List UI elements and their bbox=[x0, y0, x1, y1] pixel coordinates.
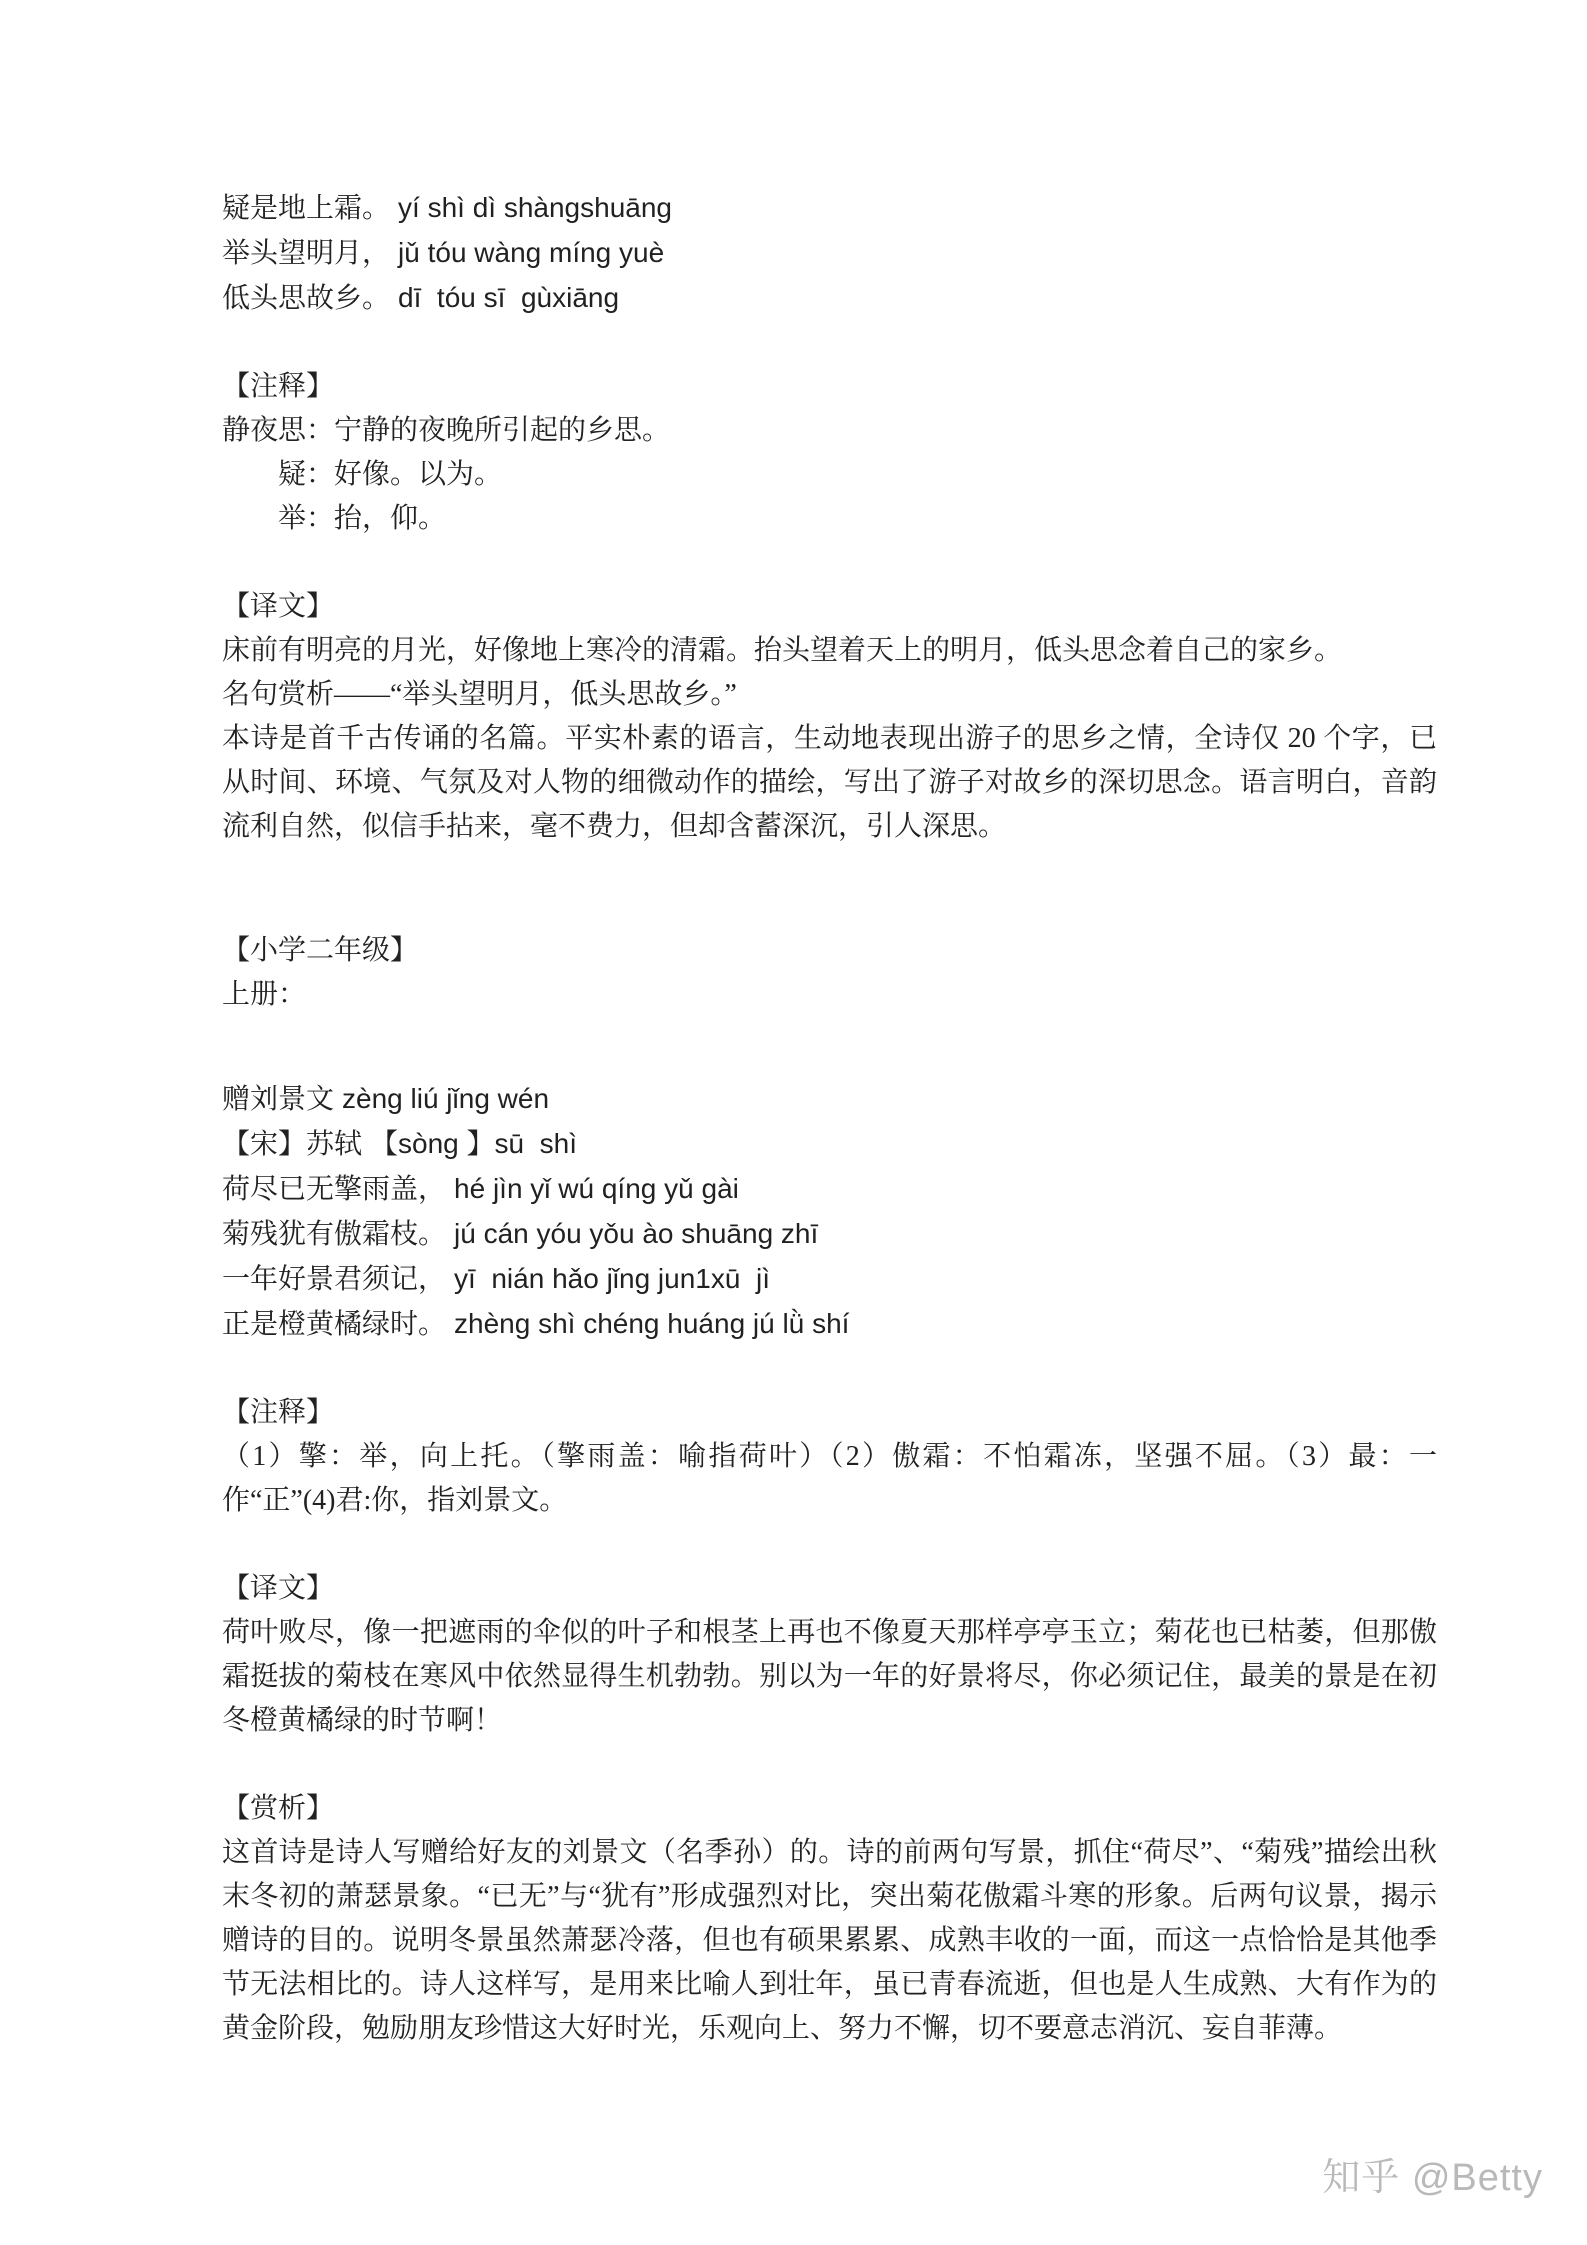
document-content: 疑是地上霜。yí shì dì shàngshuāng 举头望明月，jǔ tóu… bbox=[0, 0, 1587, 2051]
poem-line-pinyin: hé jìn yǐ wú qíng yǔ gài bbox=[454, 1173, 739, 1204]
poem-line: 荷尽已无擎雨盖，hé jìn yǐ wú qíng yǔ gài bbox=[222, 1167, 1437, 1212]
poem-title: 赠刘景文zèng liú jǐng wén bbox=[222, 1077, 1437, 1122]
poem-line-pinyin: yí shì dì shàngshuāng bbox=[398, 192, 672, 223]
grade-header: 【小学二年级】 bbox=[222, 929, 1437, 973]
poem-line: 菊残犹有傲霜枝。jú cán yóu yǒu ào shuāng zhī bbox=[222, 1212, 1437, 1257]
poem-line-pinyin: jú cán yóu yǒu ào shuāng zhī bbox=[454, 1218, 818, 1249]
annotation-line: 静夜思：宁静的夜晚所引起的乡思。 bbox=[222, 409, 1437, 453]
analysis-section: 【赏析】 这首诗是诗人写赠给好友的刘景文（名季孙）的。诗的前两句写景，抓住“荷尽… bbox=[222, 1787, 1437, 2051]
document-page: { "page": { "background": "#ffffff", "te… bbox=[0, 0, 1587, 2245]
poem-line: 举头望明月，jǔ tóu wàng míng yuè bbox=[222, 231, 1437, 276]
translation-paragraph: 荷叶败尽，像一把遮雨的伞似的叶子和根茎上再也不像夏天那样亭亭玉立；菊花也已枯萎，… bbox=[222, 1611, 1437, 1743]
poem-author: 【宋】苏轼【sòng 】sū shì bbox=[222, 1122, 1437, 1167]
poem2-section: 赠刘景文zèng liú jǐng wén 【宋】苏轼【sòng 】sū shì… bbox=[222, 1077, 1437, 1347]
poem-line-hanzi: 菊残犹有傲霜枝。 bbox=[222, 1219, 446, 1250]
poem-line: 一年好景君须记，yī nián hǎo jǐng jun1xū jì bbox=[222, 1257, 1437, 1302]
poem-line-hanzi: 一年好景君须记， bbox=[222, 1264, 446, 1295]
poem-line-pinyin: dī tóu sī gùxiāng bbox=[398, 282, 619, 313]
poem-title-hanzi: 赠刘景文 bbox=[222, 1084, 334, 1115]
volume-label: 上册： bbox=[222, 973, 1437, 1017]
poem-line-hanzi: 举头望明月， bbox=[222, 238, 390, 269]
poem-line-hanzi: 正是橙黄橘绿时。 bbox=[222, 1309, 446, 1340]
translation-paragraph: 本诗是首千古传诵的名篇。平实朴素的语言，生动地表现出游子的思乡之情，全诗仅 20… bbox=[222, 717, 1437, 849]
poem-line-pinyin: zhèng shì chéng huáng jú lǜ shí bbox=[454, 1308, 849, 1339]
annotation-paragraph: （1）擎：举，向上托。（擎雨盖：喻指荷叶）（2）傲霜：不怕霜冻，坚强不屈。（3）… bbox=[222, 1435, 1437, 1523]
annotation-header: 【注释】 bbox=[222, 365, 1437, 409]
annotation-header: 【注释】 bbox=[222, 1391, 1437, 1435]
translation-paragraph: 名句赏析——“举头望明月，低头思故乡。” bbox=[222, 673, 1437, 717]
poem-line: 疑是地上霜。yí shì dì shàngshuāng bbox=[222, 186, 1437, 231]
poem-title-pinyin: zèng liú jǐng wén bbox=[342, 1083, 549, 1114]
analysis-paragraph: 这首诗是诗人写赠给好友的刘景文（名季孙）的。诗的前两句写景，抓住“荷尽”、“菊残… bbox=[222, 1831, 1437, 2051]
zhihu-watermark: 知乎 @Betty bbox=[1322, 2159, 1543, 2197]
analysis-header: 【赏析】 bbox=[222, 1787, 1437, 1831]
annotation1-section: 【注释】 静夜思：宁静的夜晚所引起的乡思。 疑：好像。以为。 举：抬，仰。 bbox=[222, 365, 1437, 541]
poem-line: 低头思故乡。dī tóu sī gùxiāng bbox=[222, 276, 1437, 321]
poem-line-pinyin: jǔ tóu wàng míng yuè bbox=[398, 237, 664, 268]
poem1-lines: 疑是地上霜。yí shì dì shàngshuāng 举头望明月，jǔ tóu… bbox=[222, 186, 1437, 321]
poem-line-hanzi: 低头思故乡。 bbox=[222, 283, 390, 314]
poem-author-hanzi: 【宋】苏轼 bbox=[222, 1129, 362, 1160]
translation2-section: 【译文】 荷叶败尽，像一把遮雨的伞似的叶子和根茎上再也不像夏天那样亭亭玉立；菊花… bbox=[222, 1567, 1437, 1743]
poem-line-hanzi: 荷尽已无擎雨盖， bbox=[222, 1174, 446, 1205]
poem-line-pinyin: yī nián hǎo jǐng jun1xū jì bbox=[454, 1263, 770, 1294]
translation-header: 【译文】 bbox=[222, 585, 1437, 629]
translation-header: 【译文】 bbox=[222, 1567, 1437, 1611]
poem-line-hanzi: 疑是地上霜。 bbox=[222, 193, 390, 224]
translation1-section: 【译文】 床前有明亮的月光，好像地上寒冷的清霜。抬头望着天上的明月，低头思念着自… bbox=[222, 585, 1437, 849]
poem-author-pinyin: 【sòng 】sū shì bbox=[370, 1128, 577, 1159]
annotation-line: 疑：好像。以为。 bbox=[222, 453, 1437, 497]
translation-paragraph: 床前有明亮的月光，好像地上寒冷的清霜。抬头望着天上的明月，低头思念着自己的家乡。 bbox=[222, 629, 1437, 673]
poem-line: 正是橙黄橘绿时。zhèng shì chéng huáng jú lǜ shí bbox=[222, 1302, 1437, 1347]
annotation-line: 举：抬，仰。 bbox=[222, 497, 1437, 541]
annotation2-section: 【注释】 （1）擎：举，向上托。（擎雨盖：喻指荷叶）（2）傲霜：不怕霜冻，坚强不… bbox=[222, 1391, 1437, 1523]
grade-section: 【小学二年级】 上册： bbox=[222, 929, 1437, 1017]
